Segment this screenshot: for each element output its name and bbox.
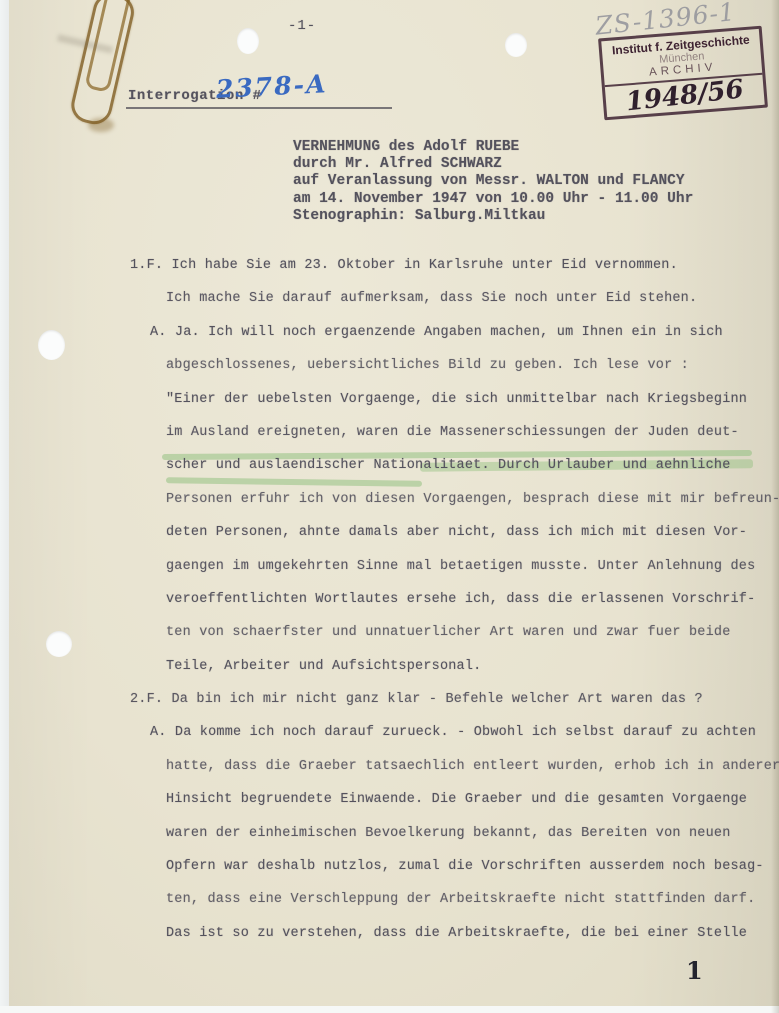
header-line: durch Mr. Alfred SCHWARZ: [293, 156, 693, 173]
page-number-bottom: 1: [686, 956, 703, 985]
handwritten-interrogation-number: 2378-A: [215, 69, 328, 104]
typed-line: veroeffentlichten Wortlautes ersehe ich,…: [130, 583, 779, 616]
typed-line: im Ausland ereigneten, waren die Massene…: [130, 416, 779, 449]
scan-edge-left: [0, 0, 9, 1013]
scan-edge-bottom: [0, 1006, 779, 1013]
typed-line: gaengen im umgekehrten Sinne mal betaeti…: [130, 550, 779, 583]
typed-line: 2.F. Da bin ich mir nicht ganz klar - Be…: [130, 683, 779, 716]
rust-stain: [88, 118, 114, 132]
body-lines: 1.F. Ich habe Sie am 23. Oktober in Karl…: [130, 249, 779, 950]
typed-line: abgeschlossenes, uebersichtliches Bild z…: [130, 349, 779, 382]
typed-line: hatte, dass die Graeber tatsaechlich ent…: [130, 750, 779, 783]
punch-hole: [237, 28, 259, 54]
typed-line: deten Personen, ahnte damals aber nicht,…: [130, 516, 779, 549]
archive-stamp: Institut f. Zeitgeschichte München ARCHI…: [598, 26, 768, 121]
typed-line: Hinsicht begruendete Einwaende. Die Grae…: [130, 783, 779, 816]
typed-line: Das ist so zu verstehen, dass die Arbeit…: [130, 917, 779, 950]
scanned-document-page: -1- ZS-1396-1 Institut f. Zeitgeschichte…: [0, 0, 779, 1013]
typed-line: ten von schaerfster und unnatuerlicher A…: [130, 616, 779, 649]
punch-hole: [505, 33, 527, 57]
typed-line: Opfern war deshalb nutzlos, zumal die Vo…: [130, 850, 779, 883]
typed-line: Teile, Arbeiter und Aufsichtspersonal.: [130, 650, 779, 683]
typed-line: waren der einheimischen Bevoelkerung bek…: [130, 817, 779, 850]
typed-line: Ich mache Sie darauf aufmerksam, dass Si…: [130, 282, 779, 315]
page-number-top: -1-: [288, 18, 316, 34]
typed-line: Personen erfuhr ich von diesen Vorgaenge…: [130, 483, 779, 516]
header-line: am 14. November 1947 von 10.00 Uhr - 11.…: [293, 191, 693, 208]
interrogation-underline: [126, 107, 392, 109]
typed-line: A. Da komme ich noch darauf zurueck. - O…: [130, 716, 779, 749]
punch-hole: [38, 330, 65, 360]
typed-line: scher und auslaendischer Nationalitaet. …: [130, 449, 779, 482]
typed-line: A. Ja. Ich will noch ergaenzende Angaben…: [130, 316, 779, 349]
typed-line: 1.F. Ich habe Sie am 23. Oktober in Karl…: [130, 249, 779, 282]
typed-line: ten, dass eine Verschleppung der Arbeits…: [130, 883, 779, 916]
header-line: VERNEHMUNG des Adolf RUEBE: [293, 139, 693, 156]
header-line: auf Veranlassung von Messr. WALTON und F…: [293, 173, 693, 190]
header-line: Stenographin: Salburg.Miltkau: [293, 208, 693, 225]
typed-line: "Einer der uebelsten Vorgaenge, die sich…: [130, 383, 779, 416]
punch-hole: [46, 631, 72, 657]
header-lines: VERNEHMUNG des Adolf RUEBEdurch Mr. Alfr…: [293, 139, 693, 225]
